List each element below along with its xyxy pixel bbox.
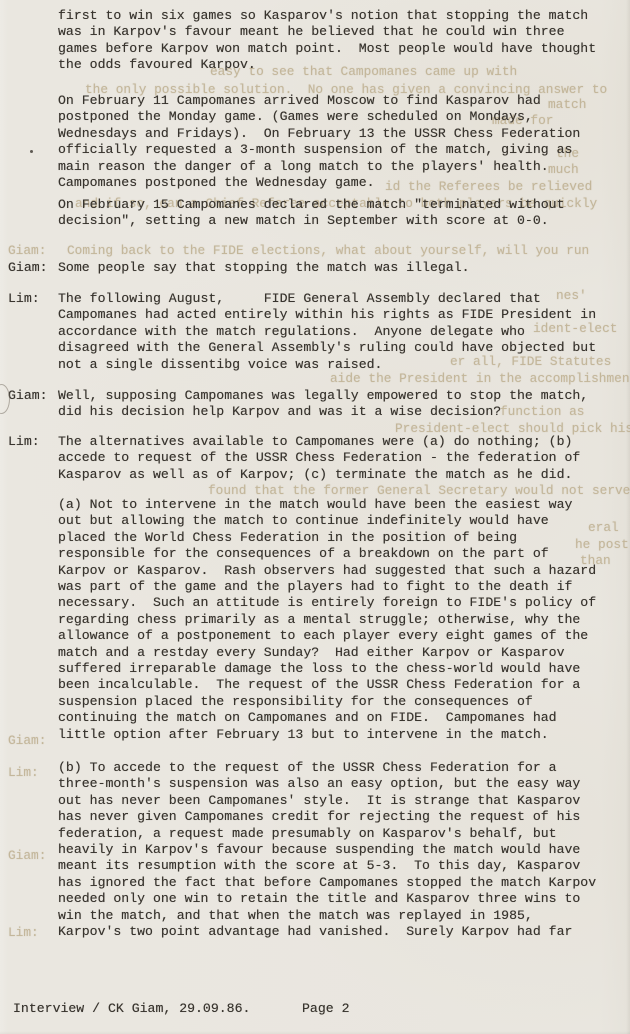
footer-interview-credit: Interview / CK Giam, 29.09.86. — [13, 1001, 250, 1016]
paragraph-text: Well, supposing Campomanes was legally e… — [58, 388, 606, 421]
paper-edge-right — [626, 0, 630, 1034]
transcript-block: Lim:The alternatives available to Campom… — [0, 434, 630, 483]
transcript-block: On February 11 Campomanes arrived Moscow… — [0, 93, 630, 191]
scanned-document-page: easy to see that Campomanes came up with… — [0, 0, 630, 1034]
paragraph-text: The following August, FIDE General Assem… — [58, 291, 606, 373]
paragraph-text: first to win six games so Kasparov's not… — [58, 8, 606, 74]
transcript-block: Giam:Well, supposing Campomanes was lega… — [0, 388, 630, 421]
footer-page-number: Page 2 — [302, 1001, 349, 1016]
ghost-bleedthrough-text: Giam: — [8, 243, 46, 259]
paragraph-text: The alternatives available to Campomanes… — [58, 434, 606, 483]
speaker-label: Giam: — [8, 388, 48, 404]
ink-speck — [30, 150, 33, 153]
transcript-block: On February 15 Campomanes declared the m… — [0, 197, 630, 230]
transcript-block: Giam:Some people say that stopping the m… — [0, 260, 630, 276]
speaker-label: Giam: — [8, 260, 48, 276]
speaker-label: Lim: — [8, 291, 40, 307]
paragraph-text: (b) To accede to the request of the USSR… — [58, 760, 606, 940]
transcript-block: (b) To accede to the request of the USSR… — [0, 760, 630, 940]
paragraph-text: Some people say that stopping the match … — [58, 260, 606, 276]
paragraph-text: On February 11 Campomanes arrived Moscow… — [58, 93, 606, 191]
speaker-label: Lim: — [8, 434, 40, 450]
paragraph-text: (a) Not to intervene in the match would … — [58, 497, 606, 743]
transcript-block: first to win six games so Kasparov's not… — [0, 8, 630, 74]
ghost-bleedthrough-text: Coming back to the FIDE elections, what … — [67, 243, 589, 259]
transcript-block: Lim:The following August, FIDE General A… — [0, 291, 630, 373]
paragraph-text: On February 15 Campomanes declared the m… — [58, 197, 606, 230]
ghost-bleedthrough-text: aide the President in the accomplishment — [330, 371, 630, 387]
transcript-block: (a) Not to intervene in the match would … — [0, 497, 630, 743]
